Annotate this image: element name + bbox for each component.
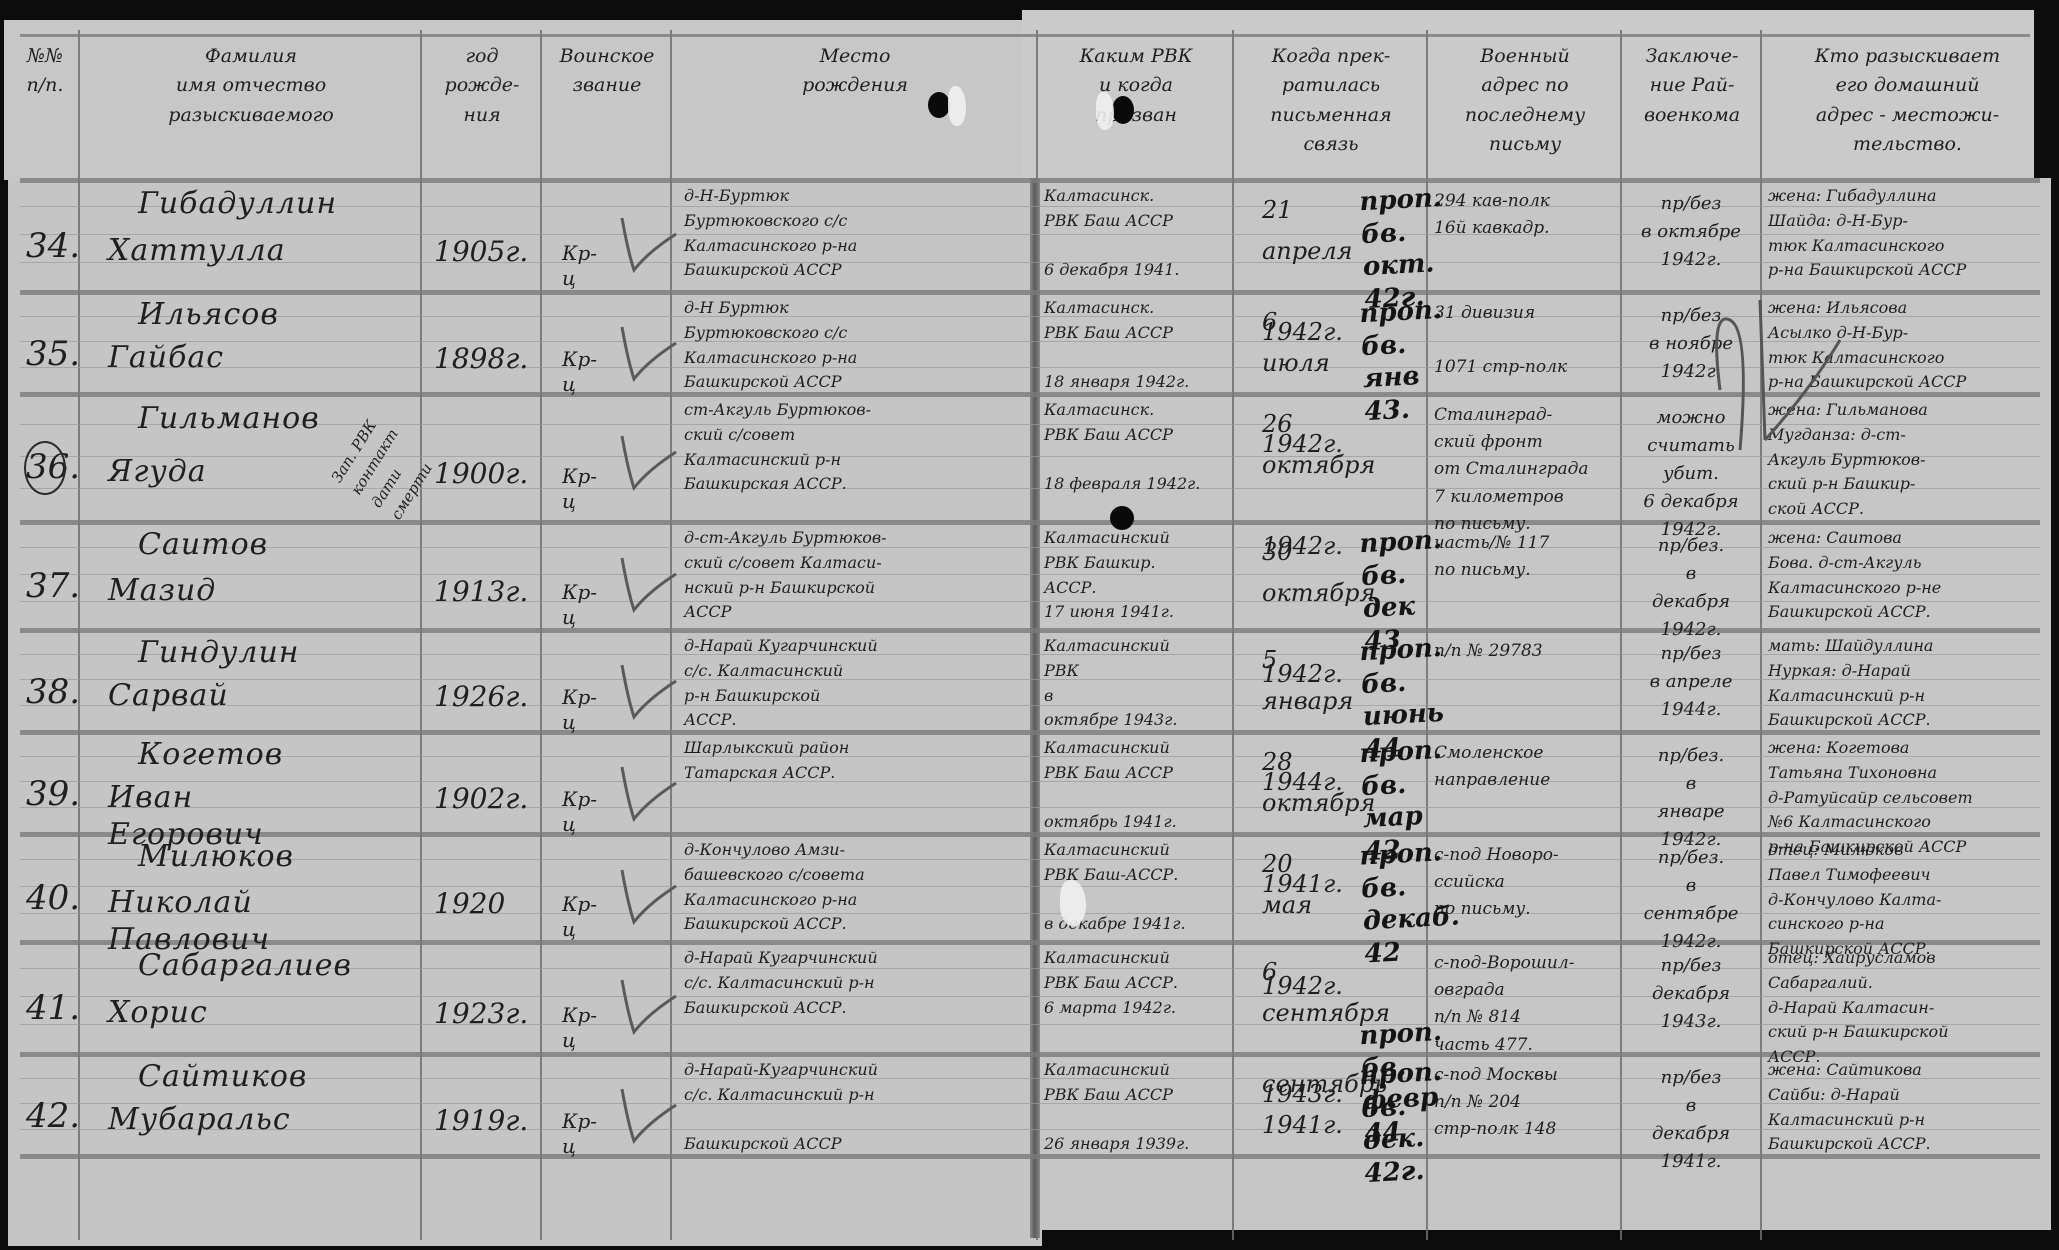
- birthplace: д-Н-Буртюк Буртюковского с/с Калтасинско…: [684, 184, 1028, 283]
- military-address: с-под-Ворошил- овграда п/п № 814 часть 4…: [1434, 950, 1616, 1059]
- searcher-address: отец: Хайрусламов Сабаргалий. д-Нарай Ка…: [1768, 946, 2045, 1070]
- military-address: 31 дивизия 1071 стр-полк: [1434, 300, 1616, 382]
- military-rank: Кр-ц: [562, 1109, 597, 1159]
- raivoenkom-conclusion: пр/без в апреле 1944г.: [1630, 640, 1752, 724]
- given-name: Гайбас: [108, 339, 224, 377]
- rvk-conscription: Калтасинский РВК Баш АССР октябрь 1941г.: [1044, 736, 1228, 835]
- birthplace: ст-Акгуль Буртюков- ский с/совет Калтаси…: [684, 398, 1028, 497]
- rvk-conscription: Калтасинск. РВК Баш АССР 18 января 1942г…: [1044, 296, 1228, 395]
- birthplace: д-Н Буртюк Буртюковского с/с Калтасинско…: [684, 296, 1028, 395]
- column-divider: [78, 30, 80, 1240]
- raivoenkom-conclusion: пр/без в декабря 1941г.: [1630, 1064, 1752, 1176]
- page-fold: [1030, 178, 1040, 1238]
- surname: Саитов: [138, 526, 268, 564]
- row-number: 38.: [26, 671, 80, 714]
- searcher-address: мать: Шайдуллина Нуркая: д-Нарай Калтаси…: [1768, 634, 2045, 733]
- surname: Милюков: [138, 838, 294, 876]
- searcher-address: жена: Саитова Бова. д-ст-Акгуль Калтасин…: [1768, 526, 2045, 625]
- check-mark-icon: [618, 761, 678, 831]
- birthplace: д-Кончулово Амзи- башевского с/совета Ка…: [684, 838, 1028, 937]
- birthplace: Шарлыкский район Татарская АССР.: [684, 736, 1028, 786]
- column-header-rank: Воинское звание: [548, 42, 666, 101]
- military-address: часть/№ 117 по письму.: [1434, 530, 1616, 584]
- check-mark-icon: [618, 974, 678, 1044]
- column-divider: [1232, 30, 1234, 1240]
- paper-tear: [1096, 92, 1114, 130]
- birth-year: 1902г.: [434, 781, 528, 816]
- birth-year: 1923г.: [434, 996, 528, 1031]
- military-rank: Кр-ц: [562, 347, 597, 397]
- searcher-address: отец: Милюков Павел Тимофеевич д-Кончуло…: [1768, 838, 2045, 962]
- birth-year: 1900г.: [434, 456, 528, 491]
- column-divider: [420, 30, 422, 1240]
- raivoenkom-conclusion: пр/без декабря 1943г.: [1630, 952, 1752, 1036]
- row-divider: [20, 178, 2040, 183]
- birth-year: 1919г.: [434, 1103, 528, 1138]
- birthplace: д-Нарай Кугарчинский с/с. Калтасинский р…: [684, 634, 1028, 733]
- birth-year: 1926г.: [434, 679, 528, 714]
- military-rank: Кр-ц: [562, 464, 597, 514]
- paper-tear: [948, 86, 966, 126]
- column-header-contact_ended: Когда прек- ратилась письменная связь: [1240, 42, 1422, 160]
- military-rank: Кр-ц: [562, 241, 597, 291]
- row-number: 42.: [26, 1095, 80, 1138]
- raivoenkom-conclusion: пр/без. в декабря 1942г.: [1630, 532, 1752, 644]
- surname: Сайтиков: [138, 1058, 307, 1096]
- pencil-scribble-mark: [1690, 280, 1850, 470]
- column-header-name: Фамилия имя отчество разыскиваемого: [86, 42, 416, 130]
- birth-year: 1920: [434, 886, 505, 921]
- row-number-circle: [24, 441, 66, 495]
- military-address: 294 кав-полк 16й кавкадр.: [1434, 188, 1616, 242]
- row-number: 39.: [26, 773, 80, 816]
- punch-hole: [1110, 506, 1134, 530]
- given-name: Мубаральс: [108, 1101, 291, 1139]
- searcher-address: жена: Гибадуллина Шайда: д-Н-Бур- тюк Ка…: [1768, 184, 2045, 283]
- given-name: Хаттулла: [108, 232, 286, 270]
- given-name: Сарвай: [108, 677, 229, 715]
- surname: Сабаргалиев: [138, 947, 352, 985]
- check-mark-icon: [618, 552, 678, 622]
- rvk-conscription: Калтасинск. РВК Баш АССР 6 декабря 1941.: [1044, 184, 1228, 283]
- given-name: Хорис: [108, 994, 208, 1032]
- surname: Ильясов: [138, 296, 279, 334]
- column-divider: [1760, 30, 1762, 1240]
- birth-year: 1905г.: [434, 234, 528, 269]
- rvk-conscription: Калтасинский РВК Башкир. АССР. 17 июня 1…: [1044, 526, 1228, 625]
- column-header-no: №№ п/п.: [16, 42, 74, 101]
- birth-year: 1913г.: [434, 574, 528, 609]
- surname: Когетов: [138, 736, 283, 774]
- check-mark-icon: [618, 430, 678, 500]
- raivoenkom-conclusion: пр/без. в январе 1942г.: [1630, 742, 1752, 854]
- check-mark-icon: [618, 659, 678, 729]
- column-divider: [540, 30, 542, 1240]
- military-address: с-под Новоро- ссийска по письму.: [1434, 842, 1616, 924]
- birthplace: д-Нарай Кугарчинский с/с. Калтасинский р…: [684, 946, 1028, 1020]
- row-number: 41.: [26, 987, 80, 1030]
- column-divider: [1036, 30, 1038, 1240]
- surname: Гильманов: [138, 400, 320, 438]
- punch-hole: [928, 92, 950, 118]
- given-name: Мазид: [108, 572, 216, 610]
- military-rank: Кр-ц: [562, 685, 597, 735]
- rvk-conscription: Калтасинский РВК Баш АССР. 6 марта 1942г…: [1044, 946, 1228, 1020]
- column-header-rvk: Каким РВК и когда призван: [1044, 42, 1228, 130]
- surname: Гибадуллин: [138, 185, 337, 223]
- rvk-conscription: Калтасинский РВК в октябре 1943г.: [1044, 634, 1228, 733]
- searcher-address: жена: Сайтикова Сайби: д-Нарай Калтасинс…: [1768, 1058, 2045, 1157]
- column-divider: [1620, 30, 1622, 1240]
- military-rank: Кр-ц: [562, 787, 597, 837]
- military-address: Сталинград- ский фронт от Сталинграда 7 …: [1434, 402, 1616, 538]
- row-number: 40.: [26, 877, 80, 920]
- check-mark-icon: [618, 321, 678, 391]
- check-mark-icon: [618, 212, 678, 282]
- rvk-conscription: Калтасинский РВК Баш АССР 26 января 1939…: [1044, 1058, 1228, 1157]
- column-header-military_address: Военный адрес по последнему письму: [1434, 42, 1616, 160]
- check-mark-icon: [618, 1083, 678, 1153]
- military-address: с-под Москвы п/п № 204 стр-полк 148: [1434, 1062, 1616, 1144]
- paper-tear: [1060, 880, 1086, 926]
- birthplace: д-Нарай-Кугарчинский с/с. Калтасинский р…: [684, 1058, 1028, 1157]
- given-name: Ягуда: [108, 453, 207, 491]
- military-rank: Кр-ц: [562, 1003, 597, 1053]
- military-rank: Кр-ц: [562, 892, 597, 942]
- row-divider: [20, 730, 2040, 735]
- row-number: 34.: [26, 225, 80, 268]
- raivoenkom-conclusion: пр/без. в сентябре 1942г.: [1630, 844, 1752, 956]
- military-address: Смоленское направление: [1434, 740, 1616, 794]
- header-top-rule: [20, 34, 2030, 37]
- birth-year: 1898г.: [434, 341, 528, 376]
- birthplace: д-ст-Акгуль Буртюков- ский с/совет Калта…: [684, 526, 1028, 625]
- punch-hole: [1112, 96, 1134, 124]
- military-address: п/п № 29783: [1434, 638, 1616, 665]
- column-header-raivoenkom_conclusion: Заключе- ние Рай- военкома: [1628, 42, 1756, 130]
- row-divider: [20, 1052, 2040, 1057]
- check-mark-icon: [618, 864, 678, 934]
- column-header-birthplace: Место рождения: [678, 42, 1032, 101]
- raivoenkom-conclusion: пр/без в октябре 1942г.: [1630, 190, 1752, 274]
- row-number: 35.: [26, 333, 80, 376]
- rvk-conscription: Калтасинск. РВК Баш АССР 18 февраля 1942…: [1044, 398, 1228, 497]
- column-header-searcher: Кто разыскивает его домашний адрес - мес…: [1768, 42, 2047, 160]
- missing-annotation: проп. бв. дек. 42г.: [1359, 1056, 1448, 1190]
- row-number: 37.: [26, 565, 80, 608]
- column-header-birth_year: год рожде- ния: [428, 42, 536, 130]
- military-rank: Кр-ц: [562, 580, 597, 630]
- surname: Гиндулин: [138, 634, 300, 672]
